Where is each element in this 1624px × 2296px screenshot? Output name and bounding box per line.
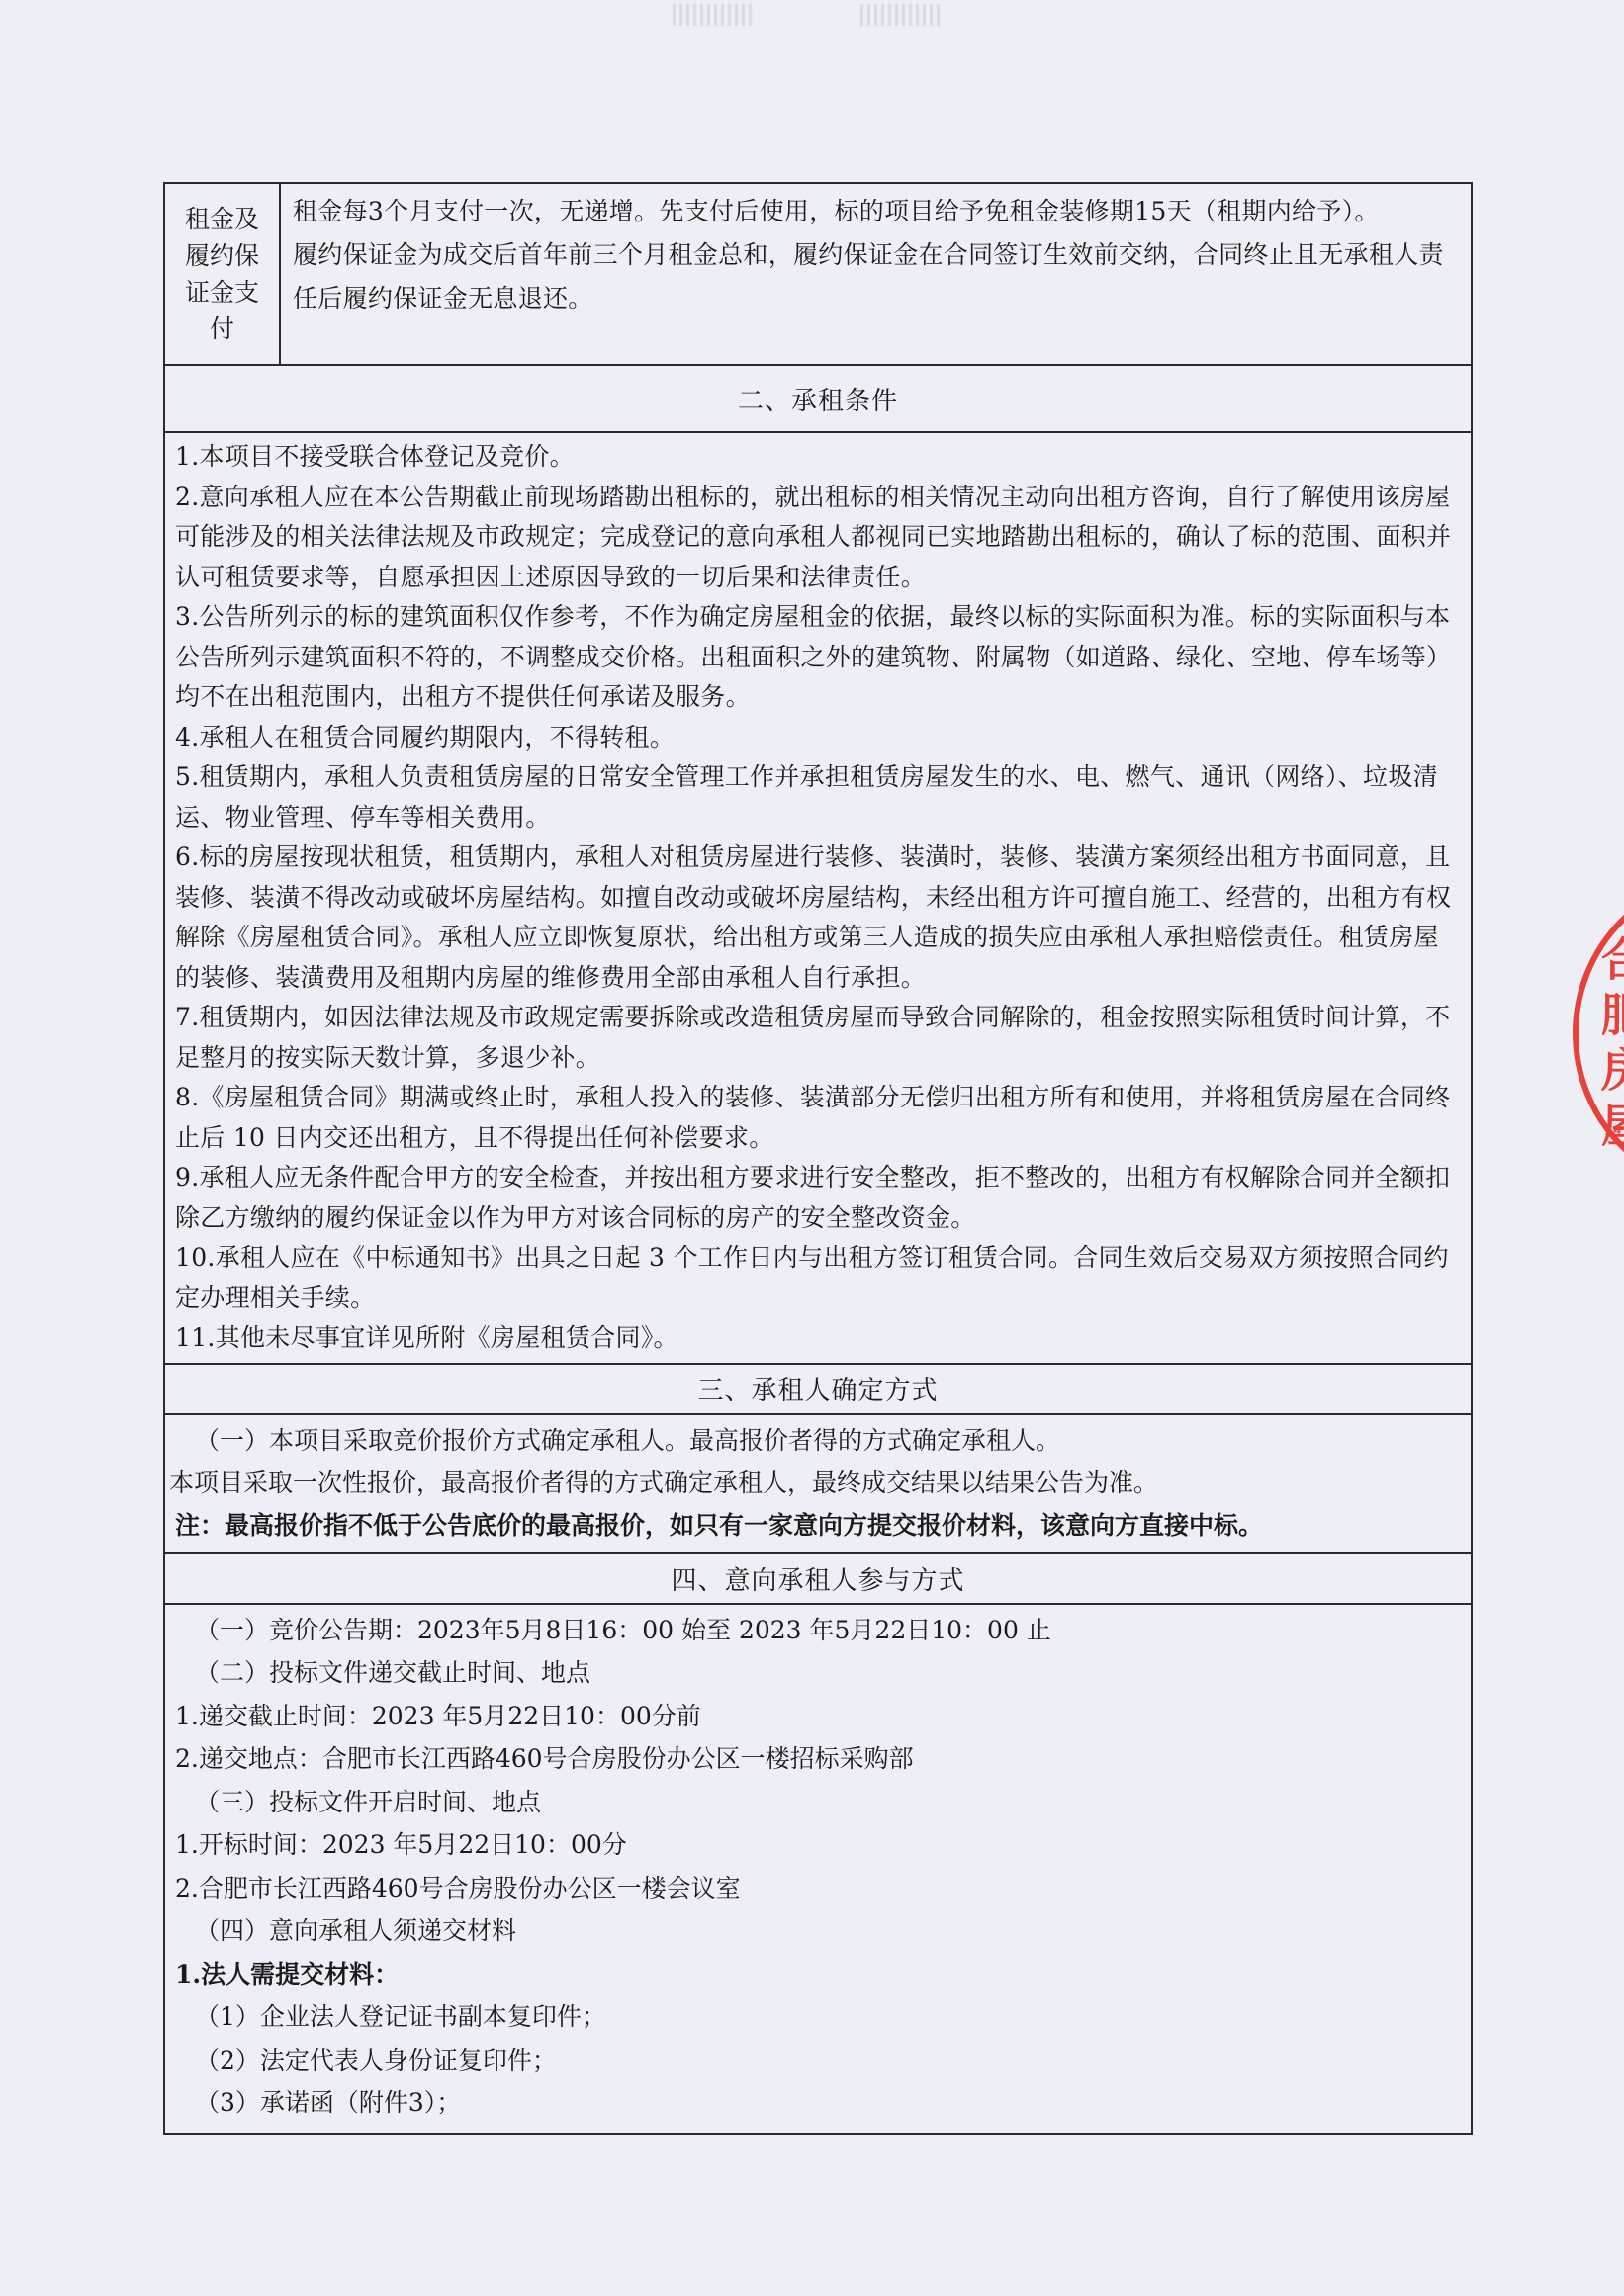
submission-heading: （二）投标文件递交截止时间、地点 xyxy=(175,1651,1461,1695)
scan-smudge xyxy=(860,4,940,26)
participation-block: （一）竞价公告期：2023年5月8日16：00 始至 2023 年5月22日10… xyxy=(165,1603,1471,2133)
legal-person-materials-heading: 1.法人需提交材料： xyxy=(175,1953,1461,1996)
seal-code: 34 xyxy=(1604,1123,1622,1139)
condition-item: 11.其他未尽事宜详见所附《房屋租赁合同》。 xyxy=(175,1318,1461,1359)
condition-item: 4.承租人在租赁合同履约期限内，不得转租。 xyxy=(175,718,1461,758)
opening-heading: （三）投标文件开启时间、地点 xyxy=(175,1781,1461,1824)
condition-item: 5.租赁期内，承租人负责租赁房屋的日常安全管理工作并承担租赁房屋发生的水、电、燃… xyxy=(175,757,1461,838)
condition-item: 3.公告所列示的标的建筑面积仅作参考，不作为确定房屋租金的依据，最终以标的实际面… xyxy=(175,597,1461,718)
scan-artifact xyxy=(673,4,969,26)
condition-item: 7.租赁期内，如因法律法规及市政规定需要拆除或改造租赁房屋而导致合同解除的，租金… xyxy=(175,998,1461,1078)
rental-conditions-list: 1.本项目不接受联合体登记及竞价。 2.意向承租人应在本公告期截止前现场踏勘出租… xyxy=(165,431,1471,1363)
tenant-determination-block: （一）本项目采取竞价报价方式确定承租人。最高报价者得的方式确定承租人。 本项目采… xyxy=(165,1413,1471,1552)
payment-label: 租金及履约保证金支付 xyxy=(165,184,281,364)
payment-row: 租金及履约保证金支付 租金每3个月支付一次，无递增。先支付后使用，标的项目给予免… xyxy=(165,184,1471,364)
determination-note: 注：最高报价指不低于公告底价的最高报价，如只有一家意向方提交报价材料，该意向方直… xyxy=(175,1504,1461,1546)
material-item: （2）法定代表人身份证复印件； xyxy=(175,2039,1461,2082)
section-title-participation: 四、意向承租人参与方式 xyxy=(165,1552,1471,1603)
section-title-tenant-determination: 三、承租人确定方式 xyxy=(165,1363,1471,1413)
section-title-rental-conditions: 二、承租条件 xyxy=(165,364,1471,431)
determination-detail: 本项目采取一次性报价，最高报价者得的方式确定承租人，最终成交结果以结果公告为准。 xyxy=(169,1461,1461,1504)
condition-item: 9.承租人应无条件配合甲方的安全检查，并按出租方要求进行安全整改，拒不整改的，出… xyxy=(175,1158,1461,1238)
deposit-text: 履约保证金为成交后首年前三个月租金总和，履约保证金在合同签订生效前交纳，合同终止… xyxy=(293,233,1461,320)
condition-item: 6.标的房屋按现状租赁，租赁期内，承租人对租赁房屋进行装修、装潢时，装修、装潢方… xyxy=(175,838,1461,998)
payment-content: 租金每3个月支付一次，无递增。先支付后使用，标的项目给予免租金装修期15天（租期… xyxy=(281,184,1471,364)
opening-location: 2.合肥市长江西路460号合房股份办公区一楼会议室 xyxy=(175,1867,1461,1910)
company-seal: 合肥房屋 34 xyxy=(1573,870,1624,1196)
material-item: （3）承诺函（附件3）； xyxy=(175,2081,1461,2125)
condition-item: 2.意向承租人应在本公告期截止前现场踏勘出租标的，就出租标的相关情况主动向出租方… xyxy=(175,478,1461,598)
condition-item: 1.本项目不接受联合体登记及竞价。 xyxy=(175,437,1461,478)
submission-location: 2.递交地点：合肥市长江西路460号合房股份办公区一楼招标采购部 xyxy=(175,1737,1461,1781)
condition-item: 10.承租人应在《中标通知书》出具之日起 3 个工作日内与出租方签订租赁合同。合… xyxy=(175,1238,1461,1318)
submission-deadline: 1.递交截止时间：2023 年5月22日10：00分前 xyxy=(175,1695,1461,1738)
bidding-period: （一）竞价公告期：2023年5月8日16：00 始至 2023 年5月22日10… xyxy=(175,1609,1461,1652)
condition-item: 8.《房屋租赁合同》期满或终止时，承租人投入的装修、装潢部分无偿归出租方所有和使… xyxy=(175,1078,1461,1158)
opening-time: 1.开标时间：2023 年5月22日10：00分 xyxy=(175,1823,1461,1867)
materials-heading: （四）意向承租人须递交材料 xyxy=(175,1909,1461,1953)
announcement-table: 租金及履约保证金支付 租金每3个月支付一次，无递增。先支付后使用，标的项目给予免… xyxy=(163,182,1473,2135)
material-item: （1）企业法人登记证书副本复印件； xyxy=(175,1995,1461,2039)
rent-payment-text: 租金每3个月支付一次，无递增。先支付后使用，标的项目给予免租金装修期15天（租期… xyxy=(293,190,1461,233)
determination-method: （一）本项目采取竞价报价方式确定承租人。最高报价者得的方式确定承租人。 xyxy=(175,1419,1461,1461)
scan-smudge xyxy=(673,4,752,26)
